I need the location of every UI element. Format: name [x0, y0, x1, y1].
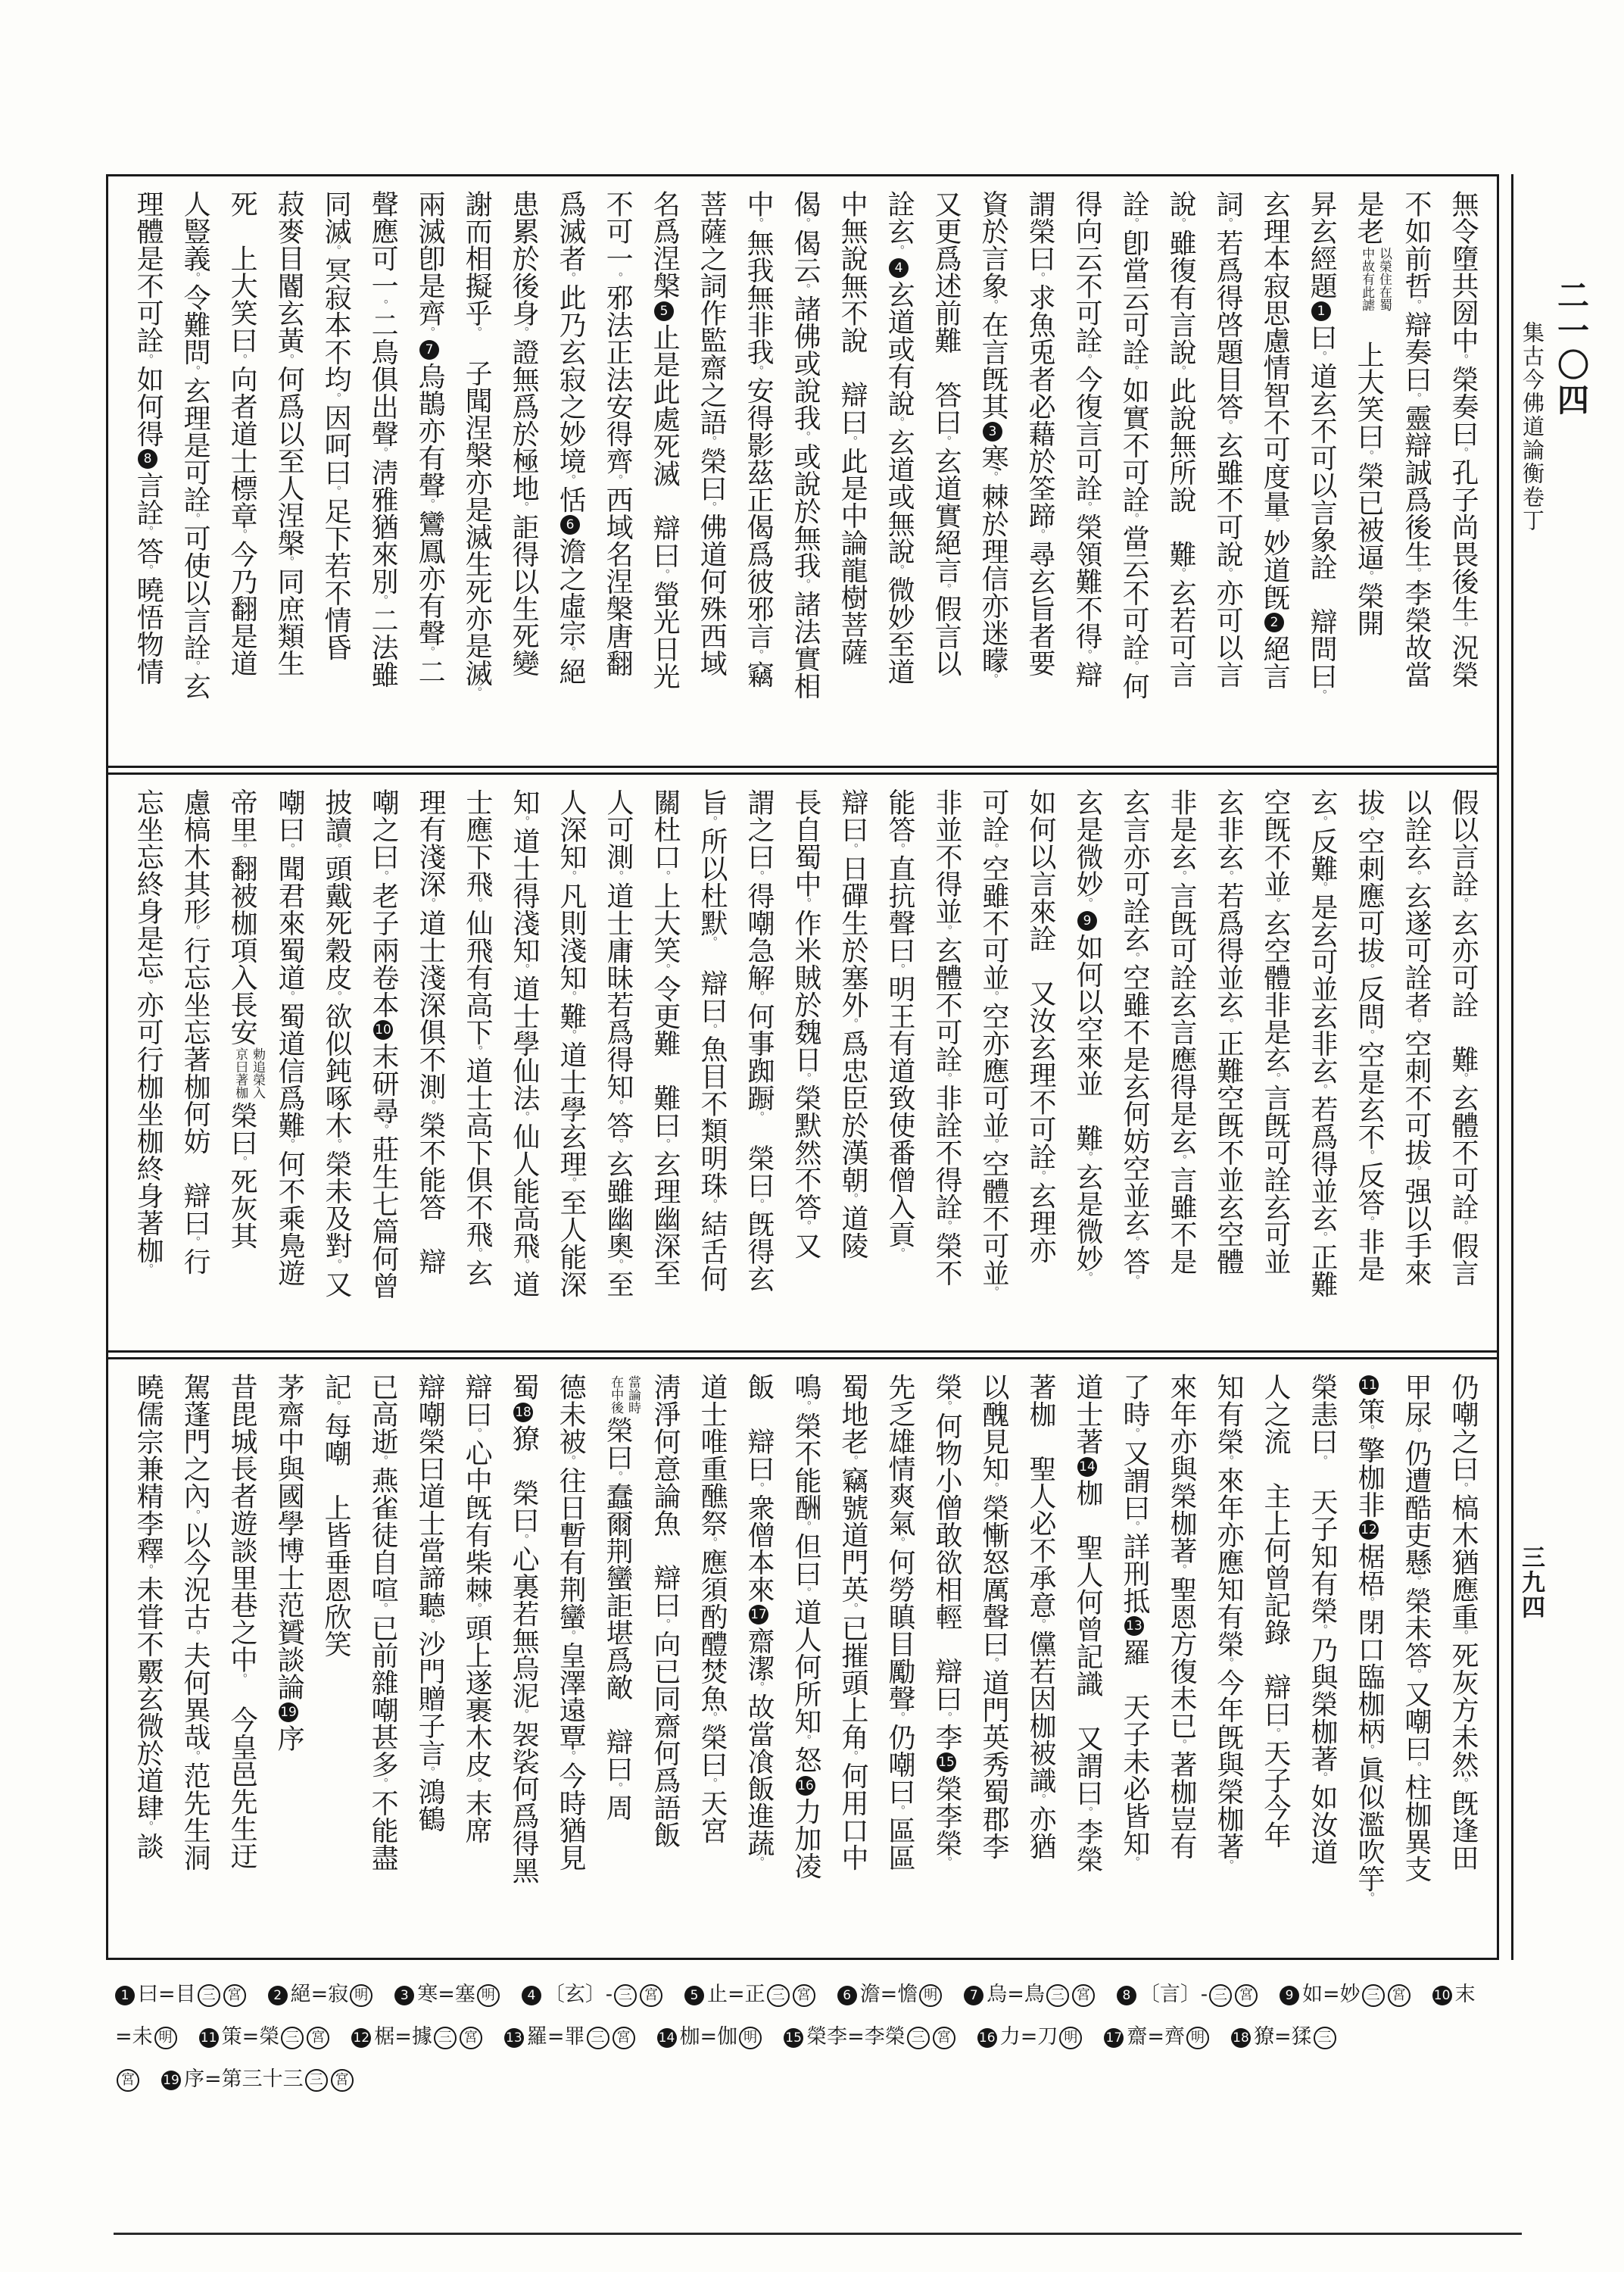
- text-column: 駕蓬門之內。以今況古。夫何異哉。范先生洞: [171, 1373, 218, 1944]
- text-column: 榮恚曰。 天子知有榮。乃與榮枷著。如汝道: [1298, 1373, 1345, 1944]
- edition-mark: 三: [587, 2027, 609, 2049]
- text-column: 淸淨何意論魚 辯曰。向已同齋何爲語飯: [641, 1373, 688, 1944]
- frame-double-rule: [1511, 174, 1513, 1960]
- text-column: 人豎義。令難問。玄理是可詮。可使以言詮。玄: [171, 190, 218, 752]
- text-column: 拔。空刺應可拔。反問。空是玄不。反答。非是: [1345, 788, 1392, 1337]
- text-column: 榮。何物小僧敢欲相輕 辯曰。李15榮李榮。: [923, 1373, 970, 1944]
- footnote-marker: 13: [1124, 1616, 1144, 1636]
- text-column: 人深知。凡則淺知。難。道士學玄理。至人能深: [547, 788, 594, 1337]
- text-column: 不可一。邪法正法安得齊。西域名涅槃唐翻: [594, 190, 641, 752]
- footnote-marker: 19: [279, 1702, 298, 1722]
- footnote-marker: 5: [654, 301, 674, 321]
- edition-mark: 明: [739, 2027, 762, 2049]
- text-column: 謝而相擬乎。 子聞涅槃亦是滅生死亦是滅。: [453, 190, 500, 752]
- edition-mark: 宮: [933, 2027, 955, 2049]
- text-column: 資於言象。在言旣其3寒。棘於理信亦迷矇。: [969, 190, 1016, 752]
- text-column: 知。道士得淺知。道士學仙法。仙人能高飛。道: [500, 788, 547, 1337]
- edition-mark: 三: [1362, 1984, 1385, 2007]
- footnote-marker: 10: [373, 1020, 393, 1040]
- footnote-marker: 5: [684, 1986, 704, 2005]
- edition-mark: 明: [350, 1984, 372, 2007]
- footnote-marker: 6: [837, 1986, 857, 2005]
- text-column: 道士著14枷 聖人何曾記識 又謂曰。李榮: [1064, 1373, 1111, 1944]
- page-number: 三九四: [1514, 1545, 1548, 1620]
- text-column: 曉儒宗兼精李釋。未甞不覈玄微於道肆。談: [124, 1373, 171, 1944]
- text-column: 無令墮共圀中。榮奏曰。孔子尚畏後生。況榮: [1439, 190, 1486, 752]
- footnote-marker: 6: [560, 515, 580, 535]
- text-column: 中無說無不說 辯曰。此是中論龍樹菩薩: [828, 190, 875, 752]
- footnote-marker: 7: [964, 1986, 983, 2005]
- edition-mark: 宮: [793, 1984, 815, 2007]
- text-column: 先乏雄情爽氣。何勞瞋目勵聲。仍嘲曰。區區: [876, 1373, 923, 1944]
- text-column: 是老以榮住在蜀中故有此謔 上大笑曰。榮已被逼。榮開: [1345, 190, 1392, 752]
- text-column: 了時。又謂曰。詳刑抵13羅 天子未必皆知。: [1111, 1373, 1158, 1944]
- footnote-marker: 2: [268, 1986, 288, 2005]
- text-column: 以詮玄。玄遂可詮者。空刺不可拔。强以手來: [1392, 788, 1439, 1337]
- text-column: 記。每嘲 上皆垂恩欣笑: [312, 1373, 359, 1944]
- edition-mark: 宮: [1388, 1984, 1410, 2007]
- text-column: 甲尿。仍遭酷吏懸。榮未答。又嘲曰。柱枷異支: [1392, 1373, 1439, 1944]
- text-column: 著枷 聖人必不承意。儻若因枷被識。亦猶: [1017, 1373, 1064, 1944]
- text-column: 昇玄經題1曰。道玄不可以言象詮 辯問曰。: [1298, 190, 1345, 752]
- edition-mark: 三: [305, 2069, 328, 2092]
- edition-mark: 明: [1186, 2027, 1209, 2049]
- text-column: 嘲曰。聞君來蜀道。蜀道信爲難。何不乘鳧遊: [266, 788, 313, 1337]
- edition-mark: 宮: [460, 2027, 482, 2049]
- text-column: 仍嘲之曰。槁木猶應重。死灰方未然。旣逢田: [1439, 1373, 1486, 1944]
- edition-mark: 宮: [613, 2027, 635, 2049]
- taisho-number: 二一〇四: [1548, 279, 1594, 1415]
- edition-mark: 宮: [117, 2069, 139, 2092]
- text-column: 道士唯重醮祭。應須酌醴焚魚。榮曰。天宮: [688, 1373, 735, 1944]
- footnote-marker: 14: [657, 2028, 677, 2048]
- bottom-rule: [114, 2233, 1522, 2235]
- text-column: 蜀地老。竊號道門英。已摧頭上角。何用口中: [829, 1373, 876, 1944]
- interlinear-note: 以榮住在蜀中故有此謔: [1357, 247, 1392, 311]
- text-column: 披讀。頭戴死穀皮。欲似鈍啄木。榮未及對。又: [313, 788, 360, 1337]
- text-column: 兩滅卽是齊。7烏鵲亦有聲。鸞鳳亦有聲。二: [406, 190, 453, 752]
- text-column: 理有淺深。道士淺深俱不測。榮不能答 辯: [407, 788, 454, 1337]
- text-column: 如何以言來詮 又汝玄理不可詮。玄理亦: [1017, 788, 1064, 1337]
- text-column: 說。雖復有言說。此說無所說 難。玄若可言: [1157, 190, 1204, 752]
- edition-mark: 宮: [331, 2069, 354, 2092]
- text-column: 能答。直抗聲曰。明王有道致使番僧入貢。: [876, 788, 923, 1337]
- text-column: 得向云不可詮。今復言可詮。榮領難不得。辯: [1063, 190, 1110, 752]
- edition-mark: 宮: [1235, 1984, 1258, 2007]
- edition-mark: 明: [477, 1984, 500, 2007]
- footnote-marker: 15: [937, 1752, 956, 1772]
- footnote-marker: 1: [1311, 301, 1331, 321]
- edition-mark: 明: [154, 2027, 177, 2049]
- text-column: 詮玄。4玄道或有說。玄道或無說。微妙至道: [875, 190, 922, 752]
- text-column: 辯嘲榮曰道士當諦聽。沙門贈子言。鴻鶴: [406, 1373, 453, 1944]
- footnote-marker: 17: [749, 1605, 768, 1624]
- text-column: 關杜口。上大笑。令更難 難曰。玄理幽深至: [641, 788, 688, 1337]
- edition-mark: 三: [1314, 2027, 1336, 2049]
- text-column: 又更爲述前難 答曰。玄道實絕言。假言以: [922, 190, 969, 752]
- register-middle: 假以言詮。玄亦可詮 難。玄體不可詮。假言以詮玄。玄遂可詮者。空刺不可拔。强以手來…: [108, 775, 1497, 1350]
- edition-mark: 三: [281, 2027, 304, 2049]
- text-column: 同滅。冥寂本不均。因呵曰。足下若不情昏: [312, 190, 359, 752]
- text-column: 玄。反難。是玄可並玄非玄。若爲得並玄。正難: [1298, 788, 1345, 1337]
- footnote-line: 1曰=目三宮 2絕=寂明 3寒=塞明 4〔玄〕-三宮 5止=正三宮 6澹=憺明 …: [115, 1974, 1528, 2016]
- text-column: 爲滅者。此乃玄寂之妙境。恬6澹之虛宗。絕: [547, 190, 594, 752]
- text-column: 詮。卽當云可詮。如實不可詮。當云不可詮。何: [1110, 190, 1157, 752]
- edition-mark: 宮: [307, 2027, 329, 2049]
- footnote-marker: 4: [522, 1986, 541, 2005]
- edition-mark: 宮: [1072, 1984, 1095, 2007]
- text-column: 死 上大笑曰。向者道士標章。今乃翻是道: [218, 190, 265, 752]
- footnote-marker: 12: [351, 2028, 371, 2048]
- text-column: 玄理本寂思慮情智不可度量。妙道旣2絕言: [1251, 190, 1298, 752]
- footnote-marker: 3: [394, 1986, 414, 2005]
- register-top: 無令墮共圀中。榮奏曰。孔子尚畏後生。況榮不如前哲。辯奏曰。靈辯誠爲後生。李榮故當…: [108, 176, 1497, 766]
- text-column: 偈。偈云。諸佛或說我。或說於無我。諸法實相: [781, 190, 828, 752]
- text-column: 慮槁木其形。行忘坐忘著枷何妨 辯曰。行: [171, 788, 218, 1337]
- footnote-marker: 8: [1117, 1986, 1136, 2005]
- fascicle-title: 集古今佛道論衡卷丁: [1517, 321, 1548, 1415]
- footnote-marker: 13: [504, 2028, 524, 2048]
- footnote-marker: 2: [1264, 613, 1284, 632]
- register-divider: [108, 766, 1497, 775]
- text-column: 謂之曰。得嘲急解。何事踟蹰。 榮曰。旣得玄: [735, 788, 782, 1337]
- register-bottom: 仍嘲之曰。槁木猶應重。死灰方未然。旣逢田甲尿。仍遭酷吏懸。榮未答。又嘲曰。柱枷異…: [108, 1359, 1497, 1958]
- edition-mark: 宮: [223, 1984, 246, 2007]
- text-column: 假以言詮。玄亦可詮 難。玄體不可詮。假言: [1439, 788, 1486, 1337]
- interlinear-note: 勅追榮入京曰著枷: [231, 1047, 266, 1099]
- text-frame: 無令墮共圀中。榮奏曰。孔子尚畏後生。況榮不如前哲。辯奏曰。靈辯誠爲後生。李榮故當…: [106, 174, 1499, 1960]
- footnote-marker: 11: [199, 2028, 219, 2048]
- text-column: 知有榮。來年亦應知有榮。今年旣與榮枷著。: [1205, 1373, 1252, 1944]
- text-column: 來年亦與榮枷著。聖恩方復未已。著枷豈有: [1158, 1373, 1205, 1944]
- text-column: 飯 辯曰。衆僧本來17齋潔。故當飡飯進蔬。: [735, 1373, 782, 1944]
- edition-mark: 三: [907, 2027, 930, 2049]
- edition-mark: 三: [1209, 1984, 1232, 2007]
- register-divider: [108, 1350, 1497, 1359]
- footnote-marker: 7: [419, 340, 439, 360]
- footnote-marker: 9: [1280, 1986, 1299, 2005]
- footnote-marker: 14: [1077, 1457, 1097, 1477]
- interlinear-note: 當論時在中後: [606, 1375, 641, 1414]
- text-column: 昔毘城長者遊談里巷之中。 今皇邑先生迂: [218, 1373, 265, 1944]
- text-column: 謂榮曰。求魚兎者必藉於筌蹄。尋玄旨者要: [1016, 190, 1063, 752]
- text-column: 非並不得並。玄體不可詮。非詮不得詮。榮不: [923, 788, 970, 1337]
- footnote-marker: 3: [983, 422, 1002, 442]
- text-column: 已高逝。燕雀徒自喧。已前雜嘲甚多。不能盡: [359, 1373, 406, 1944]
- text-column: 辯曰。心中旣有柴棘。頭上遂裹木皮。末席: [453, 1373, 500, 1944]
- footnote-marker: 18: [1231, 2028, 1251, 2048]
- footnote-marker: 1: [115, 1986, 135, 2005]
- footnote-marker: 16: [977, 2028, 997, 2048]
- text-column: 11策。擎枷非12椐梧。閉口臨枷柄。眞似濫吹竽。: [1345, 1373, 1392, 1944]
- text-column: 非是玄。言旣可詮玄言應得是玄。言雖不是: [1158, 788, 1205, 1337]
- text-column: 菩薩之詞作監齋之語。榮曰。佛道何殊西域: [687, 190, 734, 752]
- text-column: 鳴。榮不能酬。但曰。道人何所知。怒16力加凌: [782, 1373, 829, 1944]
- text-column: 中。無我無非我。安得影茲正偈爲彼邪言。竊: [734, 190, 781, 752]
- text-column: 當論時在中後榮曰。蠢爾荆蠻詎堪爲敵 辯曰。周: [594, 1373, 641, 1944]
- text-column: 嘲之曰。老子兩卷本10末研尋。莊生七篇何曾: [360, 788, 407, 1337]
- footnote-marker: 9: [1077, 911, 1097, 931]
- footnote-marker: 16: [796, 1776, 815, 1796]
- text-column: 玄非玄。若爲得並玄。正難空旣不並玄空體: [1205, 788, 1252, 1337]
- edition-mark: 明: [1059, 2027, 1082, 2049]
- footnote-marker: 17: [1104, 2028, 1124, 2048]
- text-column: 長自蜀中。作米賊於魏日。榮默然不答。又: [782, 788, 829, 1337]
- margin-header: 二一〇四 集古今佛道論衡卷丁: [1517, 279, 1594, 1415]
- text-column: 名爲涅槃5止是此處死滅 辯曰。螢光日光: [641, 190, 687, 752]
- footnote-line: 宮 19序=第三十三三宮: [115, 2058, 1528, 2101]
- footnote-marker: 15: [784, 2028, 803, 2048]
- text-column: 空旣不並。玄空體非是玄。言旣可詮玄可並: [1252, 788, 1298, 1337]
- edition-mark: 三: [614, 1984, 637, 2007]
- footnote-marker: 12: [1359, 1520, 1379, 1540]
- edition-mark: 宮: [640, 1984, 662, 2007]
- text-column: 詞。若爲得啓題目答。玄雖不可說。亦可以言: [1204, 190, 1251, 752]
- edition-mark: 三: [767, 1984, 790, 2007]
- footnote-marker: 11: [1359, 1375, 1379, 1395]
- text-column: 可詮。空雖不可並。空亦應可並。空體不可並。: [970, 788, 1017, 1337]
- text-column: 玄言亦可詮玄。空雖不是玄何妨空並玄。答。: [1111, 788, 1158, 1337]
- text-column: 茅齋中與國學博士范贇談論19序: [265, 1373, 312, 1944]
- text-column: 人之流 主上何曾記錄 辯曰。天子今年: [1252, 1373, 1298, 1944]
- text-column: 德未被。往日暫有荆蠻。皇澤遠覃。今時猶見: [547, 1373, 594, 1944]
- text-column: 以醜見知。榮慚怒厲聲曰。道門英秀蜀郡李: [970, 1373, 1017, 1944]
- text-column: 菽麥目閽玄黃。何爲以至人涅槃。同庶類生: [265, 190, 312, 752]
- edition-mark: 三: [198, 1984, 220, 2007]
- edition-mark: 三: [434, 2027, 457, 2049]
- footnote-marker: 10: [1432, 1986, 1452, 2005]
- text-column: 蜀18獠 榮曰。心裏若無烏泥。袈裟何爲得黑: [500, 1373, 547, 1944]
- text-column: 聲應可一。二鳥俱出聲。淸雅猶來別。二法雖: [359, 190, 406, 752]
- text-column: 玄是微妙。9如何以空來並 難。玄是微妙。: [1064, 788, 1111, 1337]
- scanned-sutra-page: 無令墮共圀中。榮奏曰。孔子尚畏後生。況榮不如前哲。辯奏曰。靈辯誠爲後生。李榮故當…: [0, 0, 1624, 2272]
- text-column: 士應下飛。仙飛有高下。道士高下俱不飛。玄: [454, 788, 500, 1337]
- apparatus-footnotes: 1曰=目三宮 2絕=寂明 3寒=塞明 4〔玄〕-三宮 5止=正三宮 6澹=憺明 …: [115, 1974, 1528, 2101]
- text-column: 旨。所以杜默。 辯曰。魚目不類明珠。結舌何: [688, 788, 735, 1337]
- footnote-marker: 18: [513, 1403, 533, 1422]
- edition-mark: 三: [1046, 1984, 1069, 2007]
- footnote-marker: 8: [138, 449, 157, 469]
- edition-mark: 明: [919, 1984, 942, 2007]
- text-column: 辯曰。日磾生於塞外。爲忠臣於漢朝。道陵: [829, 788, 876, 1337]
- text-column: 不如前哲。辯奏曰。靈辯誠爲後生。李榮故當: [1392, 190, 1439, 752]
- text-column: 理體是不可詮。如何得8言詮。答。曉悟物情: [124, 190, 171, 752]
- text-column: 患累於後身。證無爲於極地。詎得以生死變: [500, 190, 547, 752]
- footnote-marker: 19: [161, 2071, 181, 2090]
- footnote-marker: 4: [889, 258, 909, 278]
- footnote-line: =未明 11策=榮三宮 12椐=據三宮 13羅=罪三宮 14枷=伽明 15榮李=…: [115, 2016, 1528, 2058]
- text-column: 帝里。翻被枷項入長安勅追榮入京曰著枷榮曰。死灰其: [218, 788, 266, 1337]
- text-column: 忘坐忘終身是忘。亦可行枷坐枷終身著枷。: [124, 788, 171, 1337]
- text-column: 人可測。道士庸昧若爲得知。答。玄雖幽奧。至: [594, 788, 641, 1337]
